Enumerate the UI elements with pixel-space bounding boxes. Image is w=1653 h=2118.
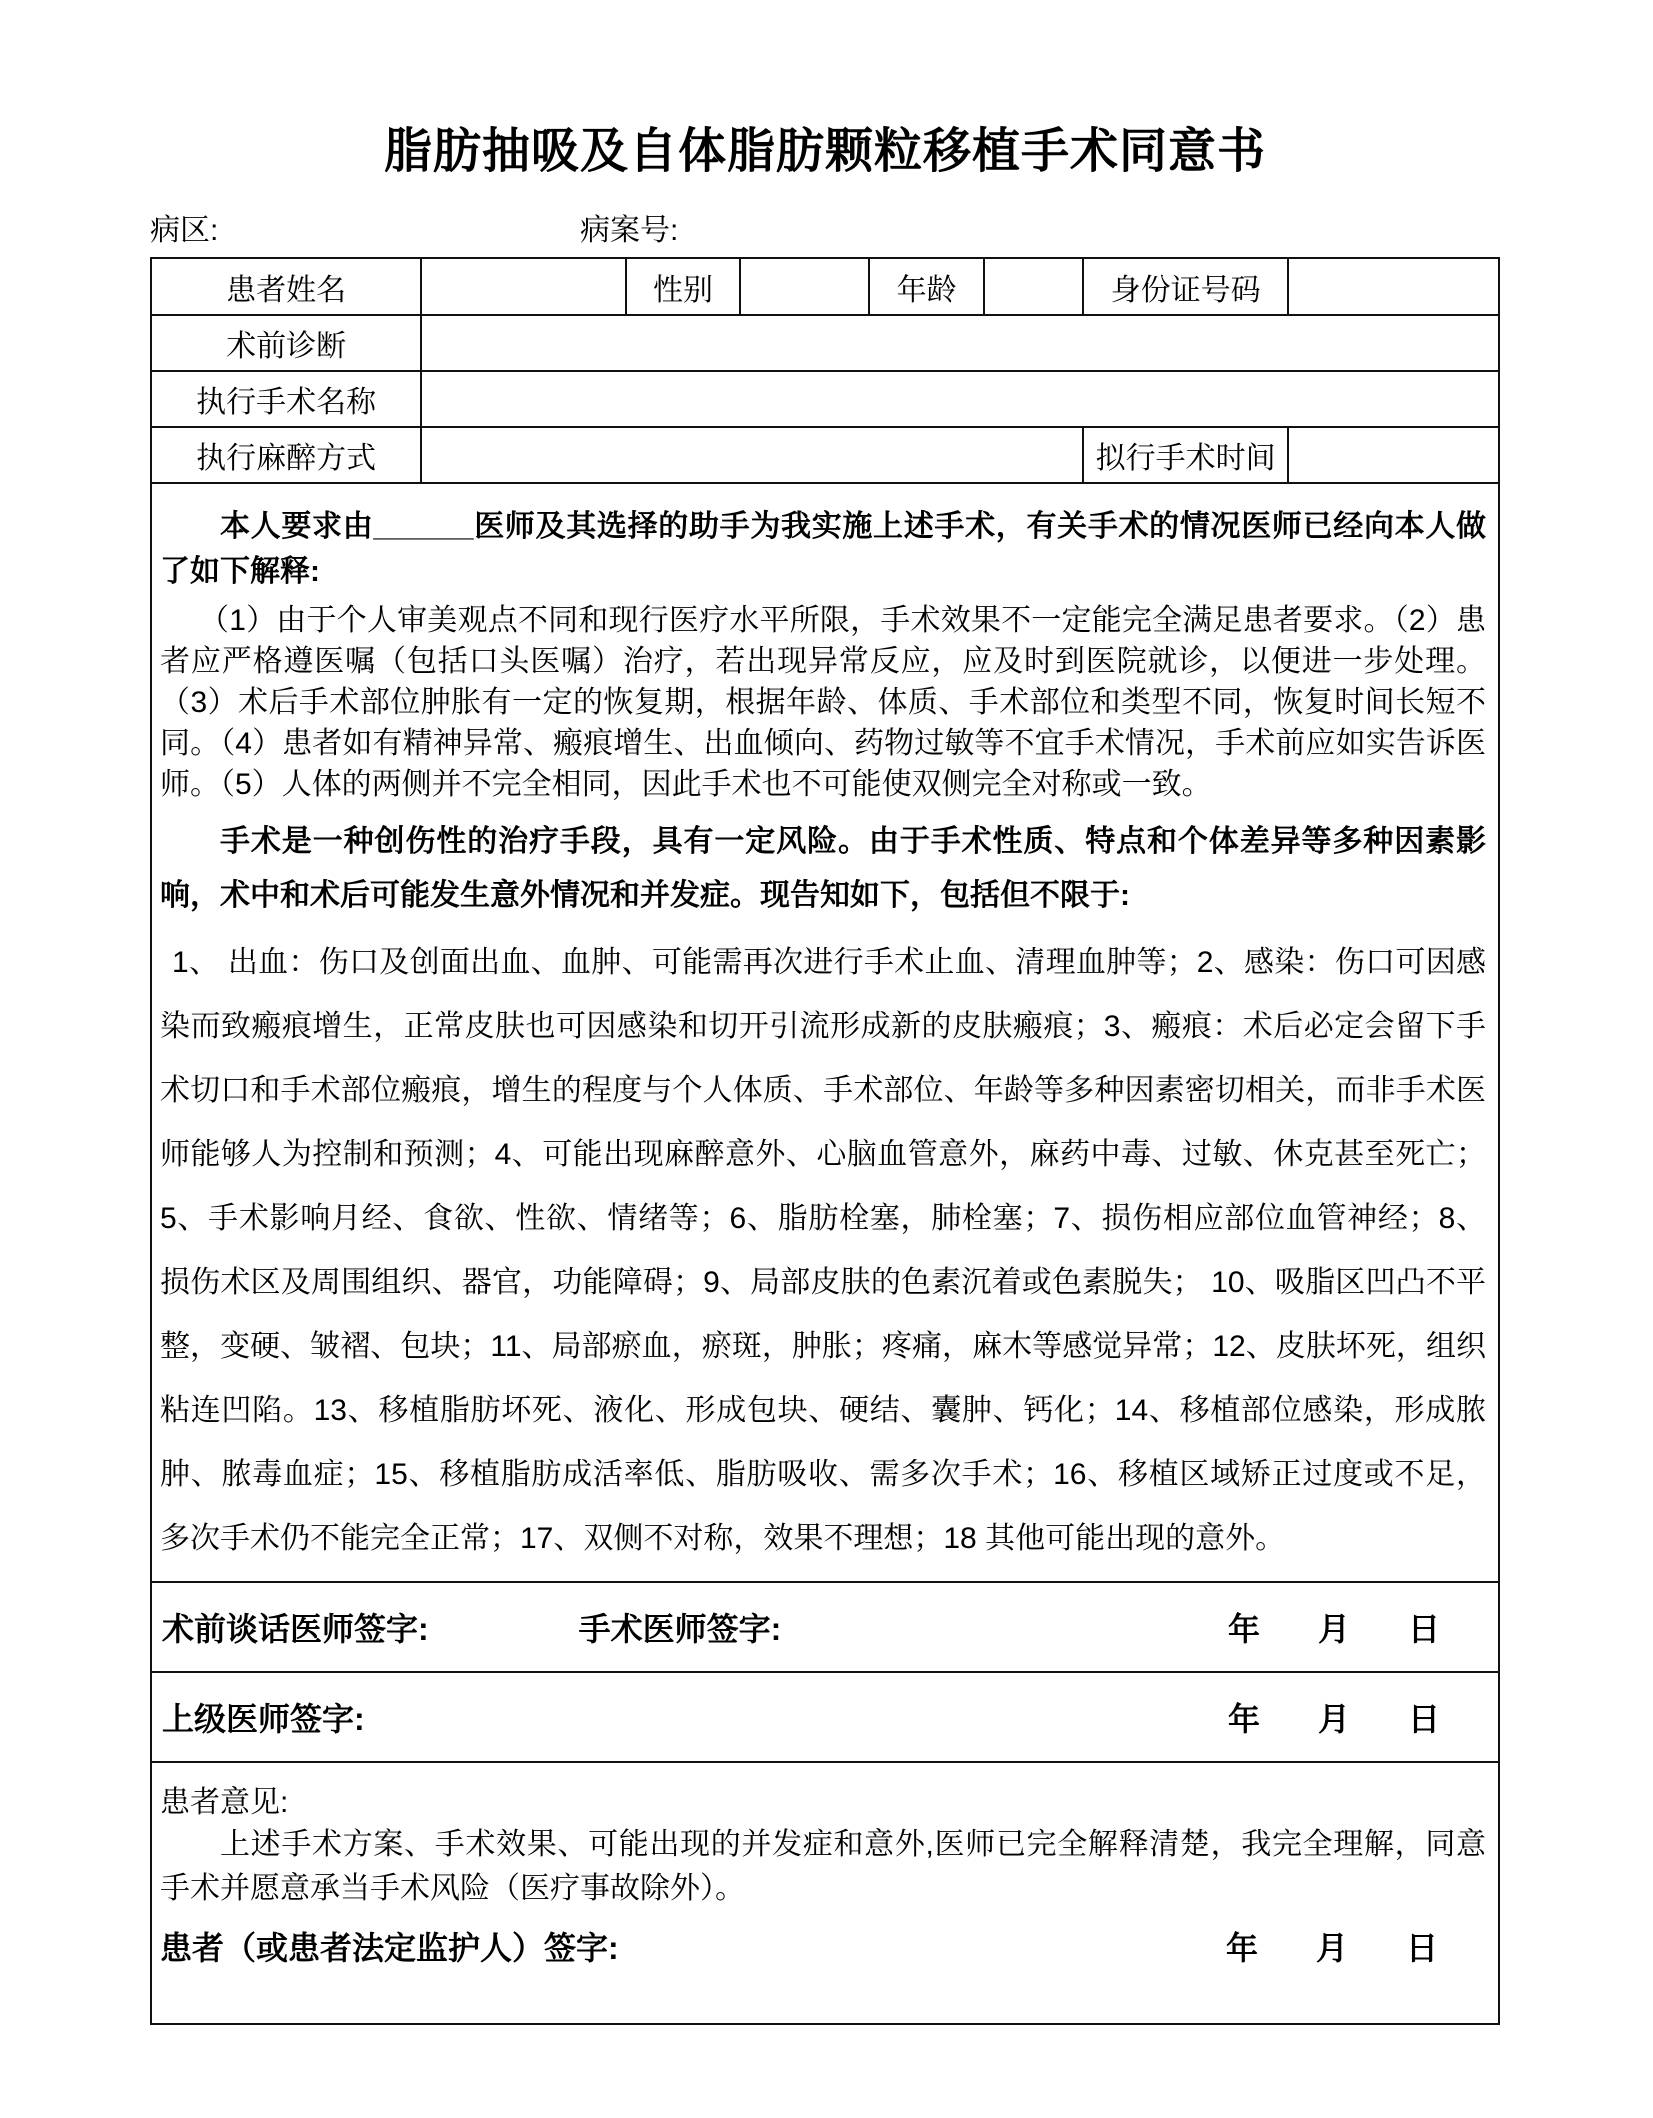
planned-surgery-time-label: 拟行手术时间	[1083, 427, 1288, 483]
header-line: 病区: 病案号:	[150, 211, 1500, 249]
gender-field[interactable]	[740, 259, 869, 315]
day-label: 日	[1408, 1604, 1440, 1650]
surgery-name-label: 执行手术名称	[152, 371, 421, 427]
date-fields: 年 月 日	[1226, 1923, 1486, 1969]
year-label: 年	[1226, 1923, 1258, 1969]
date-fields: 年 月 日	[1228, 1694, 1488, 1740]
table-row: 术前诊断	[152, 315, 1498, 371]
year-label: 年	[1228, 1694, 1260, 1740]
gender-label: 性别	[626, 259, 740, 315]
patient-opinion-label: 患者意见:	[160, 1777, 1486, 1821]
table-row: 执行麻醉方式 拟行手术时间	[152, 427, 1498, 483]
day-label: 日	[1406, 1923, 1438, 1969]
table-row: 患者姓名 性别 年龄 身份证号码	[152, 259, 1498, 315]
patient-opinion-section: 患者意见: 上述手术方案、手术效果、可能出现的并发症和意外,医师已完全解释清楚，…	[152, 1761, 1498, 2023]
surgeon-label: 手术医师签字:	[579, 1604, 782, 1650]
case-number-label: 病案号:	[580, 205, 678, 249]
page-title: 脂肪抽吸及自体脂肪颗粒移植手术同意书	[150, 112, 1500, 181]
patient-signature-row: 患者（或患者法定监护人）签字: 年 月 日	[160, 1923, 1486, 1969]
id-number-label: 身份证号码	[1083, 259, 1288, 315]
risk-intro-paragraph: 手术是一种创伤性的治疗手段，具有一定风险。由于手术性质、特点和个体差异等多种因素…	[160, 815, 1486, 923]
senior-doctor-signature-row: 上级医师签字: 年 月 日	[152, 1671, 1498, 1761]
age-field[interactable]	[984, 259, 1084, 315]
patient-sign-label: 患者（或患者法定监护人）签字:	[160, 1923, 619, 1969]
month-label: 月	[1318, 1604, 1350, 1650]
risk-list-paragraph: 1、 出血：伤口及创面出血、血肿、可能需再次进行手术止血、清理血肿等；2、感染：…	[160, 931, 1486, 1571]
doctor-signature-row: 术前谈话医师签字: 手术医师签字: 年 月 日	[152, 1581, 1498, 1671]
preop-diagnosis-field[interactable]	[421, 315, 1498, 371]
anesthesia-field[interactable]	[421, 427, 1083, 483]
patient-statement: 上述手术方案、手术效果、可能出现的并发症和意外,医师已完全解释清楚，我完全理解，…	[160, 1823, 1486, 1911]
day-label: 日	[1408, 1694, 1440, 1740]
form-table: 患者姓名 性别 年龄 身份证号码 术前诊断 执行手术名称 执行麻醉方式 拟行手	[150, 257, 1500, 2025]
table-row: 执行手术名称	[152, 371, 1498, 427]
age-label: 年龄	[869, 259, 983, 315]
anesthesia-label: 执行麻醉方式	[152, 427, 421, 483]
preop-talk-doctor-label: 术前谈话医师签字:	[162, 1604, 429, 1650]
consent-form-page: 脂肪抽吸及自体脂肪颗粒移植手术同意书 病区: 病案号: 患者姓名 性别 年龄 身…	[0, 0, 1653, 2025]
request-statement: 本人要求由______医师及其选择的助手为我实施上述手术，有关手术的情况医师已经…	[160, 504, 1486, 594]
explanation-paragraph: （1）由于个人审美观点不同和现行医疗水平所限，手术效果不一定能完全满足患者要求。…	[160, 600, 1486, 805]
ward-label: 病区:	[150, 205, 580, 249]
id-number-field[interactable]	[1288, 259, 1498, 315]
surgery-name-field[interactable]	[421, 371, 1498, 427]
senior-doctor-label: 上级医师签字:	[162, 1694, 365, 1740]
year-label: 年	[1228, 1604, 1260, 1650]
patient-name-label: 患者姓名	[152, 259, 421, 315]
patient-name-field[interactable]	[421, 259, 626, 315]
planned-surgery-time-field[interactable]	[1288, 427, 1498, 483]
patient-info-table: 患者姓名 性别 年龄 身份证号码 术前诊断 执行手术名称 执行麻醉方式 拟行手	[152, 259, 1498, 484]
consent-body: 本人要求由______医师及其选择的助手为我实施上述手术，有关手术的情况医师已经…	[152, 484, 1498, 1581]
preop-diagnosis-label: 术前诊断	[152, 315, 421, 371]
month-label: 月	[1316, 1923, 1348, 1969]
month-label: 月	[1318, 1694, 1350, 1740]
date-fields: 年 月 日	[1228, 1604, 1488, 1650]
